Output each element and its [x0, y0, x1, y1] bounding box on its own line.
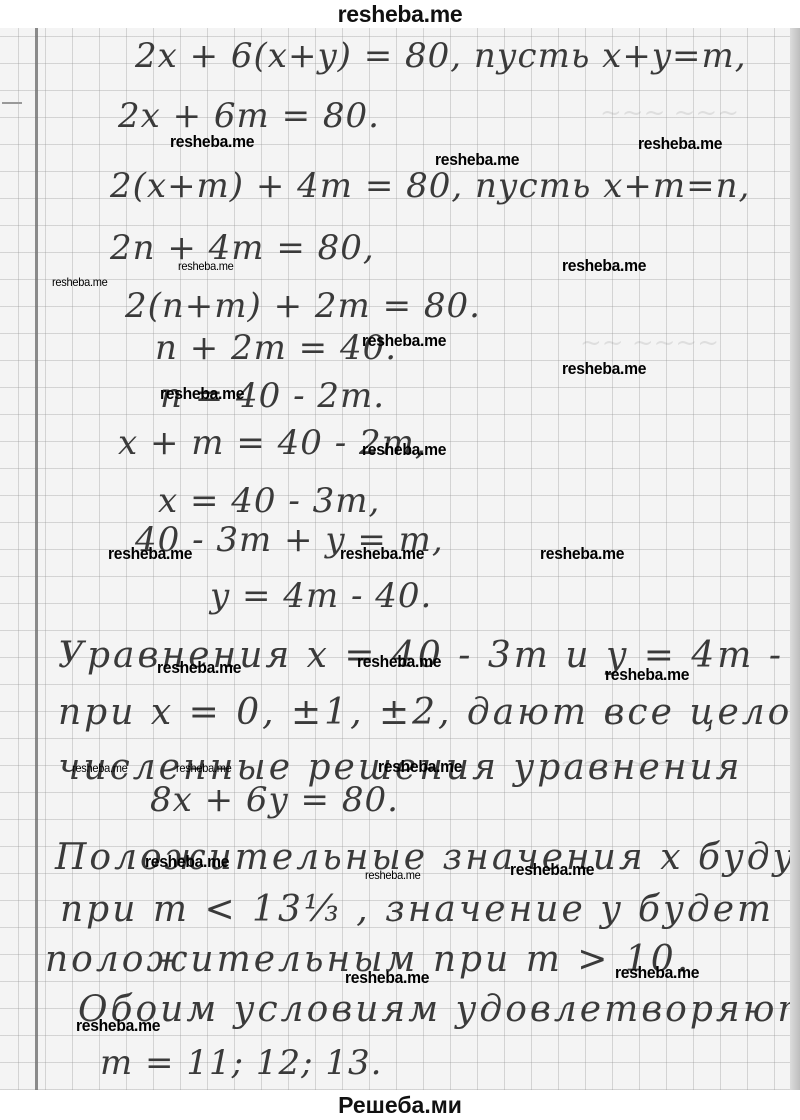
watermark: resheba.me — [638, 134, 722, 154]
solution-line-20: m = 11; 12; 13. — [100, 1043, 382, 1083]
paper-edge-shadow — [790, 28, 800, 1090]
bleed-through-text: ~~ ~~~~ — [580, 328, 719, 358]
watermark: resheba.me — [562, 359, 646, 379]
watermark: resheba.me — [340, 544, 424, 564]
watermark: resheba.me — [378, 757, 462, 777]
margin-line — [35, 28, 38, 1090]
solution-line-15: 8x + 6y = 80. — [150, 780, 399, 820]
watermark: resheba.me — [145, 852, 229, 872]
watermark: resheba.me — [108, 544, 192, 564]
watermark: resheba.me — [357, 652, 441, 672]
watermark: resheba.me — [365, 868, 421, 882]
watermark: resheba.me — [562, 256, 646, 276]
solution-line-13: при x = 0, ±1, ±2, дают все цело- — [58, 693, 790, 733]
watermark: resheba.me — [170, 132, 254, 152]
watermark: resheba.me — [605, 665, 689, 685]
solution-line-4: 2n + 4m = 80, — [110, 228, 375, 268]
solution-line-3: 2(x+m) + 4m = 80, пусть x+m=n, — [110, 166, 750, 206]
watermark: resheba.me — [362, 440, 446, 460]
watermark: resheba.me — [362, 331, 446, 351]
solution-line-6: n + 2m = 40. — [155, 328, 397, 368]
watermark: resheba.me — [52, 275, 108, 289]
solution-line-5: 2(n+m) + 2m = 80. — [125, 286, 481, 326]
solution-line-9: x = 40 - 3m, — [158, 481, 380, 521]
watermark: resheba.me — [160, 384, 244, 404]
watermark: resheba.me — [178, 259, 234, 273]
bleed-through-text: ~~~ ~~~ — [600, 98, 739, 128]
watermark: resheba.me — [345, 968, 429, 988]
margin-dash — [2, 102, 22, 104]
watermark: resheba.me — [615, 963, 699, 983]
watermark: resheba.me — [176, 761, 232, 775]
watermark: resheba.me — [435, 150, 519, 170]
solution-line-11: y = 4m - 40. — [210, 576, 432, 616]
watermark: resheba.me — [540, 544, 624, 564]
solution-line-1: 2x + 6(x+y) = 80, пусть x+y=m, — [135, 36, 747, 76]
solution-line-17: при m < 13⅓ , значение y будет — [60, 890, 774, 930]
solution-line-2: 2x + 6m = 80. — [118, 96, 380, 136]
watermark: resheba.me — [76, 1016, 160, 1036]
site-footer: Решеба.ми — [0, 1090, 800, 1120]
site-header: resheba.me — [0, 0, 800, 28]
solution-line-19: Обоим условиям удовлетворяют — [78, 990, 790, 1030]
watermark: resheba.me — [510, 860, 594, 880]
watermark: resheba.me — [157, 658, 241, 678]
watermark: resheba.me — [72, 761, 128, 775]
notebook-page: ~~~ ~~~ ~~ ~~~~ ~~~~ ~~ 2x + 6(x+y) = 80… — [0, 28, 790, 1090]
